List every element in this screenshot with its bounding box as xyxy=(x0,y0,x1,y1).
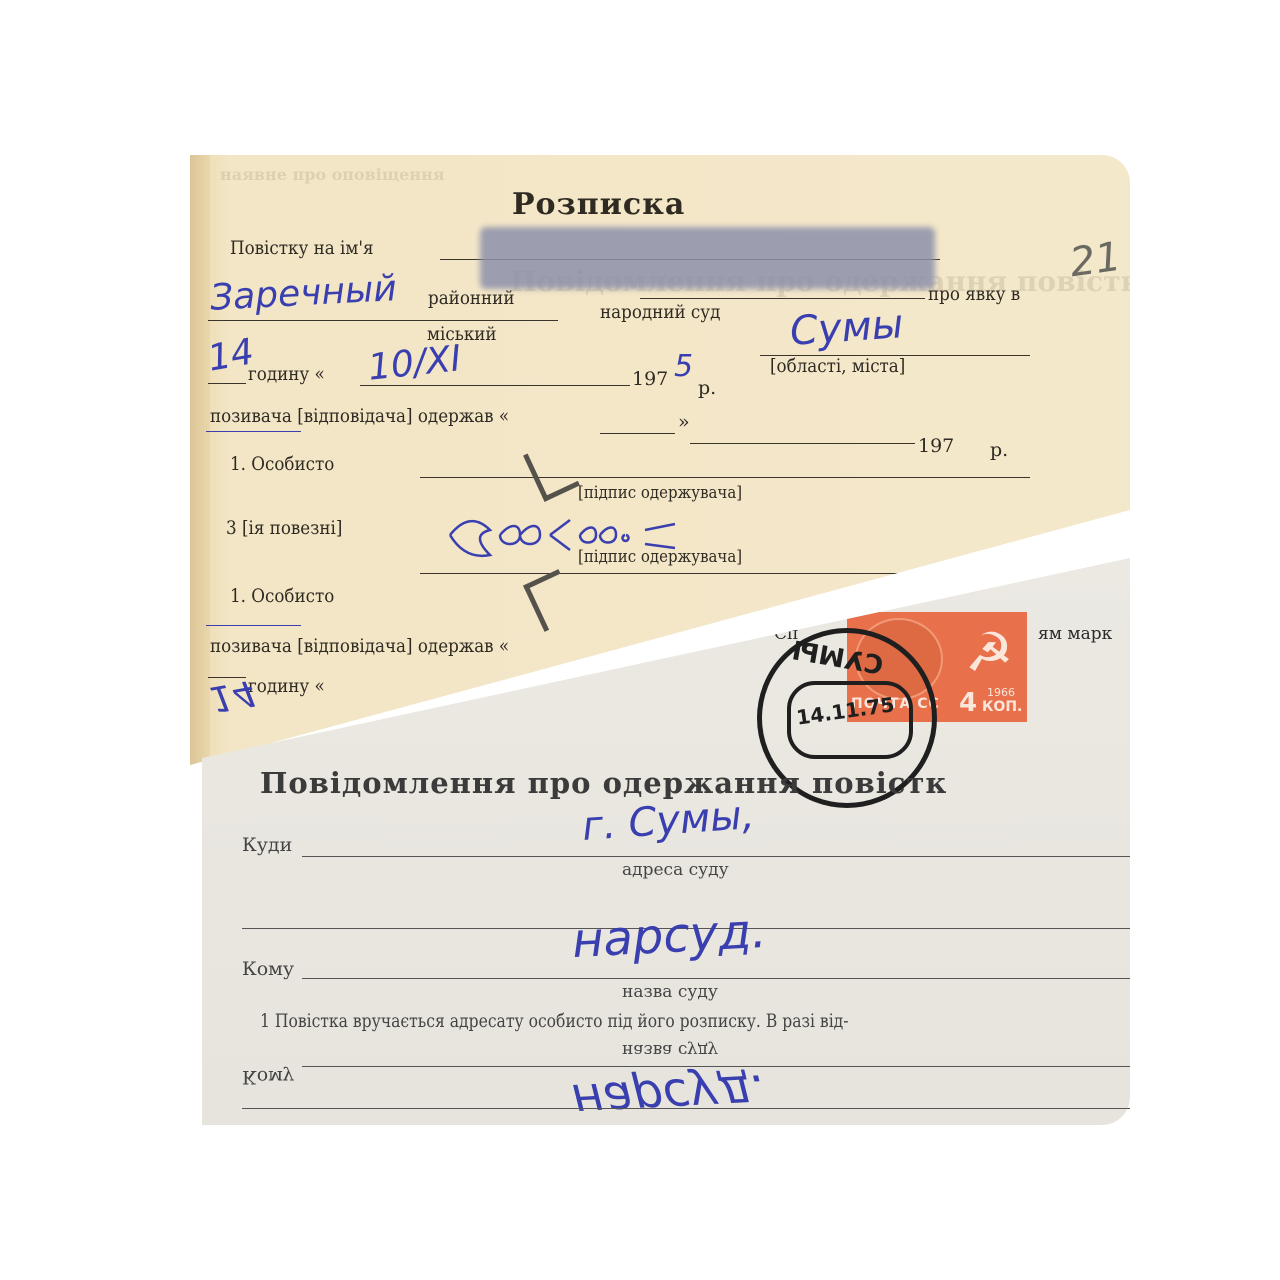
year-handwritten: 5 xyxy=(674,349,693,384)
region-label: [області, міста] xyxy=(770,355,905,377)
district-handwritten: Заречный xyxy=(209,268,398,319)
reflected-court-name-handwritten: нарсуд. xyxy=(571,1063,768,1129)
hour-line xyxy=(208,383,246,384)
reflected-party-label: позивача [відповідача] одержав « xyxy=(210,635,509,657)
reflected-address-line xyxy=(242,1108,1130,1109)
court-label: народний суд xyxy=(600,301,720,323)
reflected-hour-label: годину « xyxy=(248,675,325,697)
reflected-checkmark xyxy=(523,569,580,632)
show-through-text: наявне про оповіщення xyxy=(220,165,445,184)
postmark-city: СУМЫ xyxy=(790,633,886,679)
item3-label: 3 [ія повезні] xyxy=(226,517,342,539)
day-line xyxy=(600,433,675,434)
district-label: районний xyxy=(428,287,514,309)
reflected-item1-label: 1. Особисто xyxy=(230,585,334,607)
appearance-label: про явку в xyxy=(928,283,1020,305)
hammer-sickle-icon: ☭ xyxy=(965,626,1013,680)
reflected-hour-handwritten: 14 xyxy=(207,671,259,719)
year-printed: 197 xyxy=(632,368,668,390)
reflected-signature-label: [підпис одержувача] xyxy=(578,547,742,567)
date-line xyxy=(360,385,630,386)
party-underline xyxy=(206,431,301,432)
signature-line xyxy=(420,477,1030,478)
receipt-title: Розписка xyxy=(512,187,685,222)
reflected-signature-line xyxy=(420,573,980,574)
whom-label: Кому xyxy=(242,958,294,980)
year2-suffix: р. xyxy=(990,439,1008,461)
reflected-court-name-caption: назва суду xyxy=(622,1040,718,1060)
binding-edge xyxy=(190,155,210,765)
where-line xyxy=(302,856,1130,857)
quote-close: » xyxy=(678,411,690,433)
notice-title: Повідомлення про одержання повістк xyxy=(260,766,947,800)
redacted-name xyxy=(480,227,935,289)
month-line xyxy=(690,443,915,444)
whom-line xyxy=(302,978,1130,979)
summons-for-label: Повістку на ім'я xyxy=(230,237,374,259)
item1-label: 1. Особисто xyxy=(230,453,334,475)
year2-printed: 197 xyxy=(918,435,954,457)
delivery-note: 1 Повістка вручається адресату особисто … xyxy=(260,1010,849,1032)
reflected-party-underline xyxy=(206,625,301,626)
court-city-handwritten: Сумы xyxy=(789,301,905,355)
stamp-label-right: ям марк xyxy=(1038,624,1112,644)
stamp-value: 4 xyxy=(959,688,977,718)
appearance-line xyxy=(640,298,925,299)
address-caption: адреса суду xyxy=(622,860,729,880)
district-line xyxy=(208,320,558,321)
court-name-caption: назва суду xyxy=(622,982,718,1002)
date-handwritten: 10/XI xyxy=(366,338,463,389)
party-label: позивача [відповідача] одержав « xyxy=(210,405,509,427)
reflected-whom-label: Кому xyxy=(242,1066,294,1088)
stamp-unit: КОП. xyxy=(982,699,1022,715)
where-label: Куди xyxy=(242,834,292,856)
year-suffix: р. xyxy=(698,377,716,399)
court-name-handwritten: нарсуд. xyxy=(571,903,768,969)
checkmark xyxy=(523,439,580,502)
where-handwritten: г. Сумы, xyxy=(581,792,756,850)
stamp-denomination: 4 КОП. xyxy=(959,688,1022,718)
page-number: 21 xyxy=(1067,234,1124,287)
hour-label: годину « xyxy=(248,363,325,385)
